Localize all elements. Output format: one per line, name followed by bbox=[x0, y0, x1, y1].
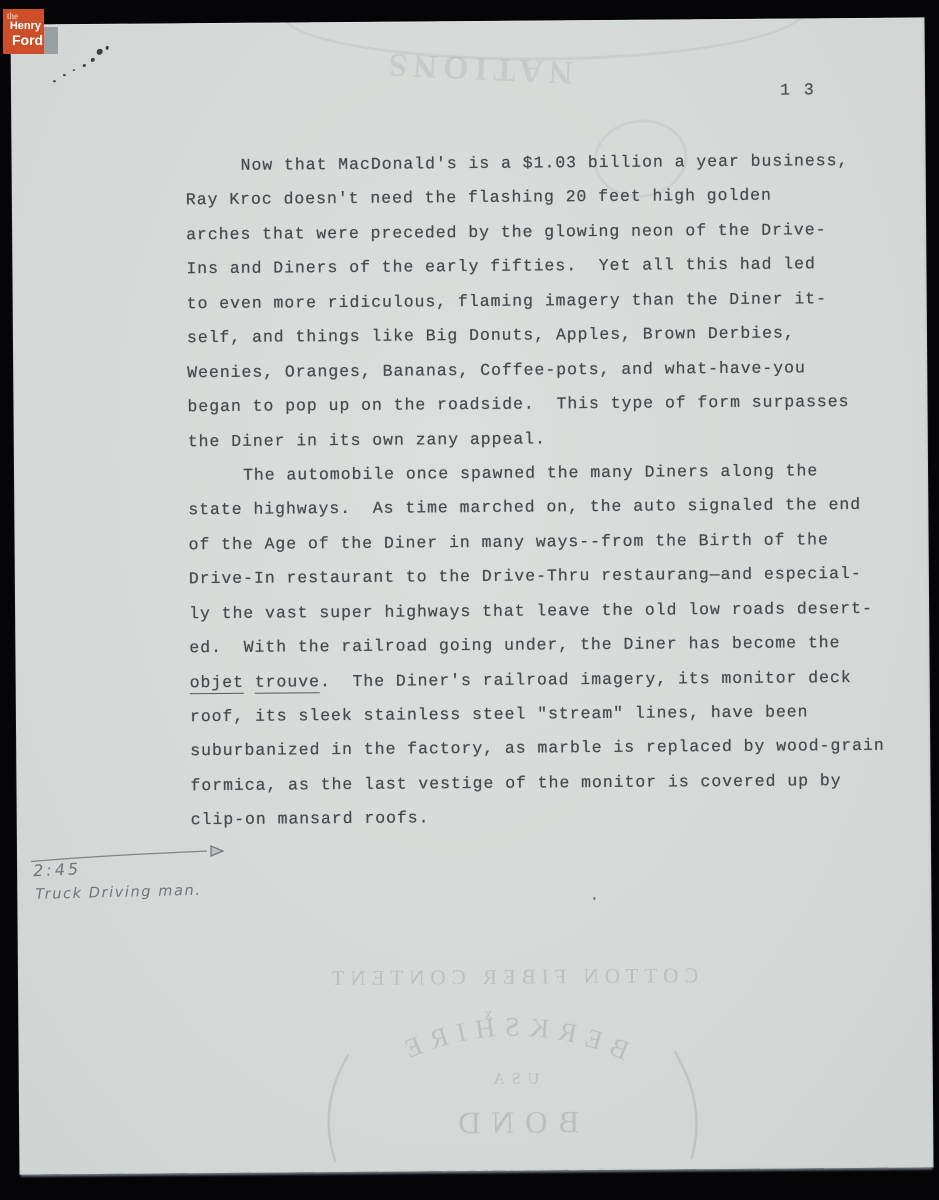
typed-text: arches that were preceded by the glowing… bbox=[186, 220, 826, 244]
ink-speck bbox=[106, 46, 109, 50]
typed-line: Ray Kroc doesn't need the flashing 20 fe… bbox=[186, 178, 910, 218]
typed-line: the Diner in its own zany appeal. bbox=[188, 419, 912, 459]
typed-text-block: Now that MacDonald's is a $1.03 billion … bbox=[185, 144, 914, 838]
typed-text: Weenies, Oranges, Bananas, Coffee-pots, … bbox=[187, 358, 806, 382]
typed-line: formica, as the last vestige of the moni… bbox=[190, 763, 914, 803]
logo-name-line2: Ford bbox=[12, 32, 43, 48]
underlined-phrase: objet bbox=[190, 672, 244, 693]
ink-speck bbox=[73, 69, 75, 71]
logo-orange-square: the Henry Ford bbox=[3, 9, 44, 54]
watermark-fiber-line: COTTON FIBER CONTENT bbox=[326, 963, 699, 990]
typed-line: Weenies, Oranges, Bananas, Coffee-pots, … bbox=[187, 350, 911, 390]
typed-line: state highways. As time marched on, the … bbox=[188, 488, 912, 528]
typed-text: Now that MacDonald's is a $1.03 billion … bbox=[241, 151, 849, 175]
typed-text bbox=[244, 672, 255, 691]
typed-text: the Diner in its own zany appeal. bbox=[188, 429, 546, 451]
typed-line: clip-on mansard roofs. bbox=[191, 798, 915, 838]
ink-speck bbox=[53, 80, 56, 82]
ink-speck bbox=[97, 49, 103, 55]
watermark-paren-right bbox=[328, 1054, 349, 1162]
typed-line: Now that MacDonald's is a $1.03 billion … bbox=[185, 144, 909, 184]
typed-text: began to pop up on the roadside. This ty… bbox=[187, 392, 849, 416]
watermark-partial-line: COMMANDER bbox=[417, 1164, 610, 1175]
typed-text: roof, its sleek stainless steel "stream"… bbox=[190, 702, 809, 726]
logo-name-line1: Henry bbox=[10, 20, 41, 32]
arrowhead-icon bbox=[211, 846, 223, 856]
typed-line: ed. With the railroad going under, the D… bbox=[189, 626, 913, 666]
typed-text: ly the vast super highways that leave th… bbox=[189, 599, 873, 623]
underlined-phrase: trouve bbox=[255, 672, 320, 694]
typed-line: Ins and Diners of the early fifties. Yet… bbox=[186, 247, 910, 287]
typed-text: Ray Kroc doesn't need the flashing 20 fe… bbox=[186, 186, 772, 210]
typed-text: . The Diner's railroad imagery, its moni… bbox=[320, 668, 852, 691]
ink-speck bbox=[83, 64, 86, 67]
typed-line: objet trouve. The Diner's railroad image… bbox=[190, 660, 914, 700]
watermark-brand: BERKSHIRE bbox=[391, 1011, 633, 1068]
watermark-country: USA bbox=[486, 1070, 539, 1087]
typed-text: state highways. As time marched on, the … bbox=[188, 495, 861, 519]
watermark-bond: BOND bbox=[447, 1104, 579, 1140]
typed-line: Drive-In restaurant to the Drive-Thru re… bbox=[189, 557, 913, 597]
typed-text: Drive-In restaurant to the Drive-Thru re… bbox=[189, 564, 862, 588]
typed-line: arches that were preceded by the glowing… bbox=[186, 212, 910, 252]
watermark-paren-left bbox=[675, 1051, 697, 1159]
typed-text: suburbanized in the factory, as marble i… bbox=[190, 736, 885, 760]
typed-text: self, and things like Big Donuts, Apples… bbox=[187, 324, 795, 348]
handwritten-time: 2:45 bbox=[33, 859, 82, 880]
watermark-x-mark: x bbox=[482, 1004, 493, 1023]
logo-gray-square bbox=[43, 27, 58, 54]
typed-text: ed. With the railroad going under, the D… bbox=[189, 633, 840, 657]
typed-text: of the Age of the Diner in many ways--fr… bbox=[189, 530, 829, 554]
typed-line: to even more ridiculous, flaming imagery… bbox=[187, 281, 911, 321]
typed-text: clip-on mansard roofs. bbox=[191, 809, 430, 830]
ink-speck bbox=[91, 58, 95, 62]
typed-line: ly the vast super highways that leave th… bbox=[189, 591, 913, 631]
typed-text: The automobile once spawned the many Din… bbox=[243, 461, 818, 485]
typed-line: suburbanized in the factory, as marble i… bbox=[190, 729, 914, 769]
typed-line: of the Age of the Diner in many ways--fr… bbox=[188, 522, 912, 562]
ink-speck bbox=[63, 74, 66, 76]
typed-text: formica, as the last vestige of the moni… bbox=[190, 771, 841, 795]
typed-line: The automobile once spawned the many Din… bbox=[188, 453, 912, 493]
manuscript-page: NATIONS COTTON FIBER CONTENT x BERKSHIRE… bbox=[10, 17, 933, 1174]
typed-line: roof, its sleek stainless steel "stream"… bbox=[190, 695, 914, 735]
typed-line: self, and things like Big Donuts, Apples… bbox=[187, 316, 911, 356]
ink-speck bbox=[593, 897, 595, 900]
henry-ford-logo: the Henry Ford bbox=[0, 6, 60, 58]
typed-line: began to pop up on the roadside. This ty… bbox=[187, 385, 911, 425]
photo-background: NATIONS COTTON FIBER CONTENT x BERKSHIRE… bbox=[0, 0, 939, 1200]
handwritten-caption: Truck Driving man. bbox=[35, 883, 202, 903]
page-number: 1 3 bbox=[780, 80, 816, 99]
typed-text: Ins and Diners of the early fifties. Yet… bbox=[186, 255, 816, 279]
typed-text: to even more ridiculous, flaming imagery… bbox=[187, 289, 827, 313]
